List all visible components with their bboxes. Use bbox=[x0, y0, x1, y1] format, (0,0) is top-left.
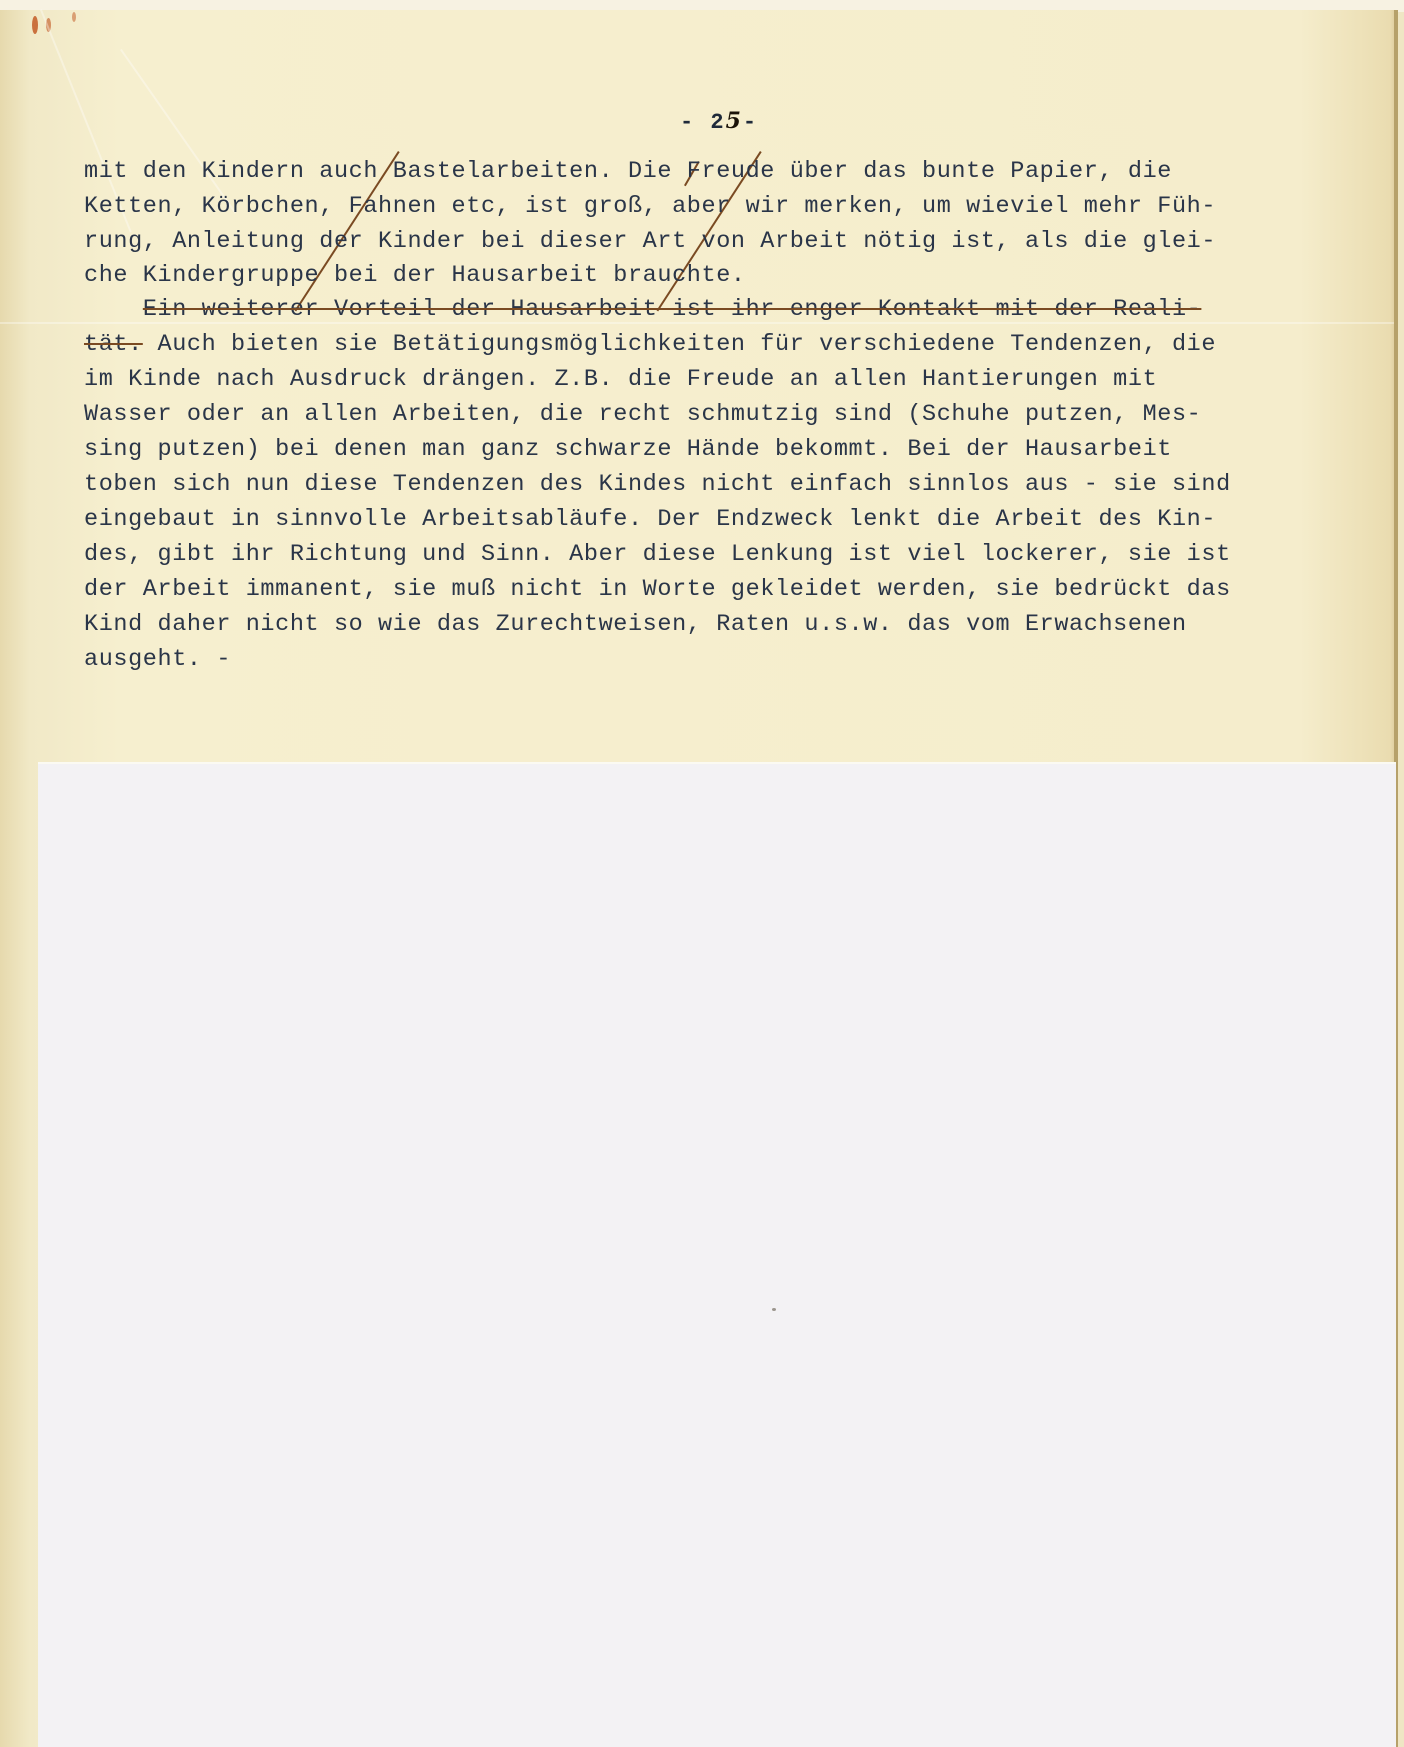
page-number: - 25- bbox=[680, 108, 758, 135]
text-line: Ketten, Körbchen, Fahnen etc, ist groß, … bbox=[84, 193, 1216, 220]
text-line: Wasser oder an allen Arbeiten, die recht… bbox=[84, 401, 1201, 428]
text-line: sing putzen) bei denen man ganz schwarze… bbox=[84, 436, 1172, 463]
struck-text: tät. bbox=[84, 331, 143, 358]
rust-stain bbox=[72, 12, 76, 22]
text-line: mit den Kindern auch Bastelarbeiten. Die… bbox=[84, 158, 1172, 185]
text-line-struck: Ein weiterer Vorteil der Hausarbeit ist … bbox=[84, 296, 1201, 323]
text-line: tät. Auch bieten sie Betätigungsmöglichk… bbox=[84, 331, 1216, 358]
text-line: ausgeht. - bbox=[84, 646, 231, 673]
text-line: toben sich nun diese Tendenzen des Kinde… bbox=[84, 471, 1231, 498]
page-number-suffix: - bbox=[743, 110, 758, 135]
paper-speck bbox=[772, 1308, 776, 1311]
paragraph-indent bbox=[84, 296, 143, 323]
page-number-handwritten: 5 bbox=[726, 108, 743, 134]
text-line: che Kindergruppe bei der Hausarbeit brau… bbox=[84, 262, 746, 289]
text-line: rung, Anleitung der Kinder bei dieser Ar… bbox=[84, 228, 1216, 255]
line-text: Auch bieten sie Betätigungsmöglichkeiten… bbox=[143, 331, 1216, 358]
rust-stain bbox=[32, 16, 38, 34]
text-line: Kind daher nicht so wie das Zurechtweise… bbox=[84, 611, 1187, 638]
text-line: des, gibt ihr Richtung und Sinn. Aber di… bbox=[84, 541, 1231, 568]
struck-text: Ein weiterer Vorteil der Hausarbeit ist … bbox=[143, 296, 1202, 323]
page-number-typed: - 2 bbox=[680, 110, 726, 135]
text-line: im Kinde nach Ausdruck drängen. Z.B. die… bbox=[84, 366, 1157, 393]
text-line: eingebaut in sinnvolle Arbeitsabläufe. D… bbox=[84, 506, 1216, 533]
paper-crease bbox=[120, 49, 236, 214]
blank-backing-sheet bbox=[38, 762, 1396, 1747]
text-line: der Arbeit immanent, sie muß nicht in Wo… bbox=[84, 576, 1231, 603]
